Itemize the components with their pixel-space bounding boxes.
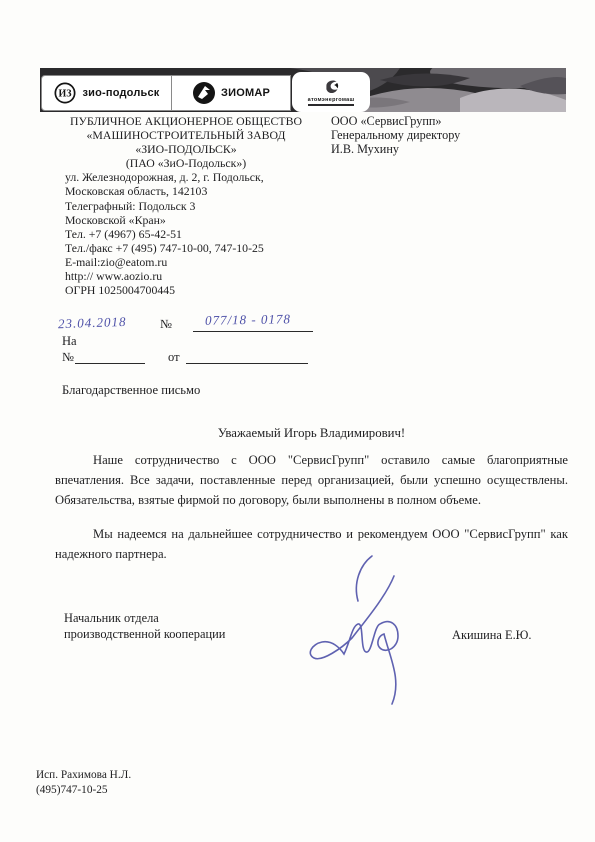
sender-website-line: http:// www.aozio.ru: [40, 269, 332, 283]
na-label: На: [62, 334, 77, 349]
sender-phone-line: Тел. +7 (4967) 65-42-51: [40, 227, 332, 241]
sender-ogrn-line: ОГРН 1025004700445: [40, 283, 332, 297]
logo-atomenergomash: атомэнергомаш: [292, 72, 370, 112]
sender-address-line: Телеграфный: Подольск 3: [40, 199, 332, 213]
svg-text:ИЗ: ИЗ: [59, 89, 72, 100]
number-underline: [193, 331, 313, 332]
ot-label: от: [168, 350, 180, 365]
sender-block: ПУБЛИЧНОЕ АКЦИОНЕРНОЕ ОБЩЕСТВО «МАШИНОСТ…: [40, 114, 332, 297]
ziomar-logo-icon: [192, 81, 216, 105]
signer-title-line: Начальник отдела: [64, 611, 225, 627]
signer-title: Начальник отдела производственной коопер…: [64, 611, 225, 642]
incoming-date-underline: [186, 363, 308, 364]
sender-address-line: Московская область, 142103: [40, 184, 332, 198]
atomenergomash-logo-icon: [323, 79, 340, 96]
salutation: Уважаемый Игорь Владимирович!: [55, 426, 568, 441]
number-sign-label: №: [62, 350, 74, 365]
zio-podolsk-logo-label: зио-подольск: [82, 87, 159, 99]
executor-phone: (495)747-10-25: [36, 783, 131, 798]
recipient-position: Генеральному директору: [331, 128, 561, 142]
logo-strip: ИЗ зио-подольск ЗИОМАР: [41, 75, 291, 111]
sender-address-line: Московской «Кран»: [40, 213, 332, 227]
handwritten-outgoing-number: 077/18 - 0178: [205, 311, 291, 328]
incoming-number-underline: [75, 363, 145, 364]
recipient-company: ООО «СервисГрупп»: [331, 114, 561, 128]
sender-email-line: E-mail:zio@eatom.ru: [40, 255, 332, 269]
zio-podolsk-logo-icon: ИЗ: [53, 81, 77, 105]
scanned-letter-page: ИЗ зио-подольск ЗИОМАР атомэнергомаш ПУБ…: [0, 0, 595, 842]
sender-org-line: «МАШИНОСТРОИТЕЛЬНЫЙ ЗАВОД: [40, 128, 332, 142]
signature-scribble: [302, 552, 432, 712]
number-sign-label: №: [160, 317, 172, 332]
executor-name: Исп. Рахимова Н.Л.: [36, 768, 131, 783]
ziomar-logo-label: ЗИОМАР: [221, 87, 270, 99]
handwritten-date: 23.04.2018: [58, 314, 127, 332]
sender-address-line: ул. Железнодорожная, д. 2, г. Подольск,: [40, 170, 332, 184]
sender-org-line: «ЗИО-ПОДОЛЬСК»: [40, 142, 332, 156]
letter-subject: Благодарственное письмо: [62, 383, 200, 398]
atomenergomash-logo-label: атомэнергомаш: [308, 97, 355, 106]
signer-name: Акишина Е.Ю.: [452, 628, 532, 643]
sender-phone-line: Тел./факс +7 (495) 747-10-00, 747-10-25: [40, 241, 332, 255]
logo-zio-podolsk: ИЗ зио-подольск: [42, 76, 172, 110]
letterhead-banner: ИЗ зио-подольск ЗИОМАР атомэнергомаш: [40, 68, 566, 112]
body-paragraph: Наше сотрудничество с ООО "СервисГрупп" …: [55, 450, 568, 510]
logo-ziomar: ЗИОМАР: [172, 76, 290, 110]
executor-block: Исп. Рахимова Н.Л. (495)747-10-25: [36, 768, 131, 797]
sender-org-line: (ПАО «ЗиО-Подольск»): [40, 156, 332, 170]
recipient-name: И.В. Мухину: [331, 142, 561, 156]
recipient-block: ООО «СервисГрупп» Генеральному директору…: [331, 114, 561, 157]
signer-title-line: производственной кооперации: [64, 627, 225, 643]
sender-org-line: ПУБЛИЧНОЕ АКЦИОНЕРНОЕ ОБЩЕСТВО: [40, 114, 332, 128]
